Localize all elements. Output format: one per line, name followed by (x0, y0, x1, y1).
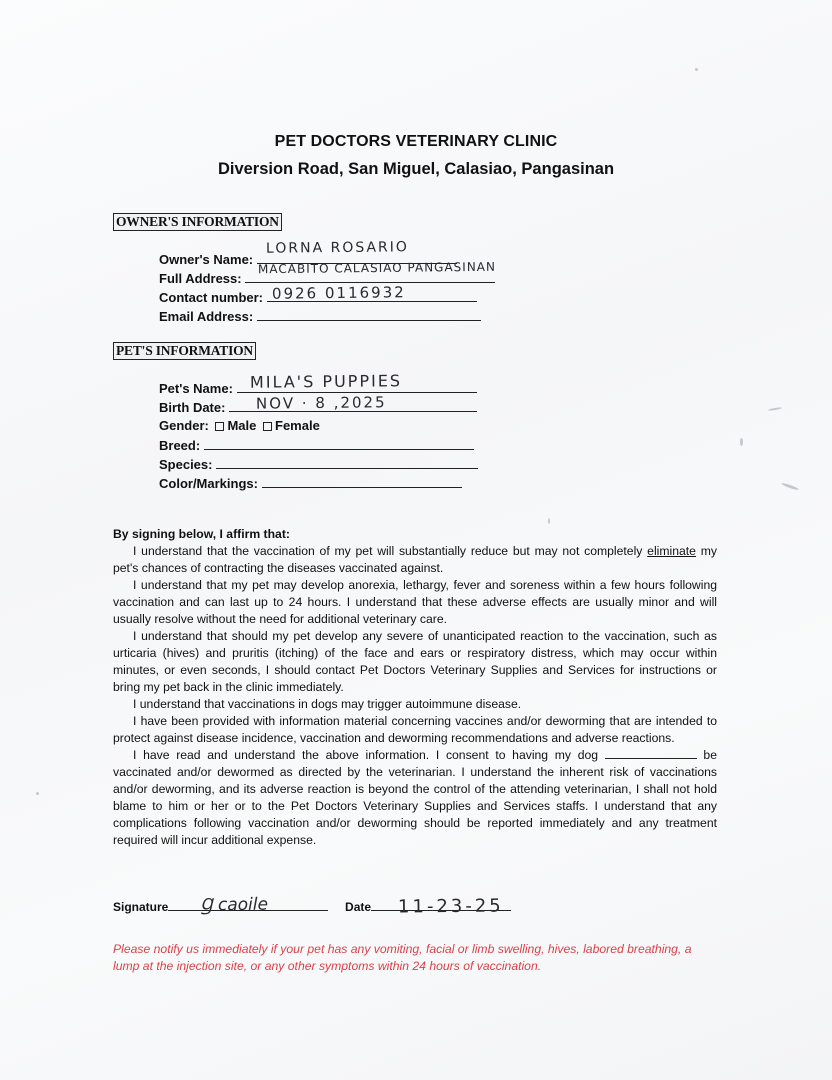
affirmation-paragraph-4: I understand that vaccinations in dogs m… (113, 696, 717, 713)
gender-female-label: Female (275, 418, 320, 433)
owner-email-label: Email Address: (159, 309, 253, 324)
p6-text-end: be vaccinated and/or dewormed as directe… (113, 748, 717, 847)
affirmation-paragraph-6: I have read and understand the above inf… (113, 747, 717, 849)
pet-color-field: Color/Markings: (159, 475, 462, 492)
scan-speck (36, 792, 39, 795)
owner-contact-value: 0926 0116932 (272, 283, 406, 302)
pet-species-field: Species: (159, 456, 478, 473)
owner-email-field: Email Address: (159, 308, 481, 325)
affirmation-lead: By signing below, I affirm that: (113, 526, 717, 543)
pet-gender-field: Gender: Male Female (159, 418, 320, 434)
owner-address-label: Full Address: (159, 271, 242, 286)
post-vaccination-notice: Please notify us immediately if your pet… (113, 941, 713, 975)
pet-gender-label: Gender: (159, 418, 209, 433)
scan-speck (768, 407, 782, 411)
owner-email-input[interactable] (257, 308, 481, 321)
pet-name-label: Pet's Name: (159, 381, 233, 396)
pet-color-label: Color/Markings: (159, 476, 258, 491)
pet-section-heading: PET'S INFORMATION (113, 342, 256, 360)
scan-speck (548, 518, 550, 524)
owner-contact-label: Contact number: (159, 290, 263, 305)
p1-text: I understand that the vaccination of my … (133, 544, 647, 558)
dog-name-blank[interactable] (605, 748, 697, 759)
gender-male-label: Male (227, 418, 256, 433)
pet-color-input[interactable] (262, 475, 462, 488)
owner-address-value: MACABITO CALASIAO PANGASINAN (258, 260, 496, 276)
owner-name-label: Owner's Name: (159, 252, 253, 267)
pet-name-value: MILA'S PUPPIES (250, 371, 402, 392)
p1-underlined-word: eliminate (647, 544, 696, 558)
date-value: 11-23-25 (398, 895, 504, 917)
scanned-form-page: PET DOCTORS VETERINARY CLINIC Diversion … (0, 0, 832, 1080)
owner-section-heading: OWNER'S INFORMATION (113, 213, 282, 231)
affirmation-paragraph-2: I understand that my pet may develop ano… (113, 577, 717, 628)
affirmation-paragraph-5: I have been provided with information ma… (113, 713, 717, 747)
signature-value: Ɡ caoile (200, 892, 268, 916)
signature-label: Signature (113, 900, 168, 914)
pet-breed-input[interactable] (204, 437, 474, 450)
pet-species-input[interactable] (216, 456, 478, 469)
pet-breed-field: Breed: (159, 437, 474, 454)
clinic-title: PET DOCTORS VETERINARY CLINIC (0, 133, 832, 151)
pet-birth-label: Birth Date: (159, 400, 225, 415)
pet-birth-value: NOV · 8 ,2025 (256, 393, 387, 412)
date-label: Date (345, 900, 371, 914)
scan-speck (740, 438, 743, 446)
affirmation-paragraph-3: I understand that should my pet develop … (113, 628, 717, 696)
pet-breed-label: Breed: (159, 438, 200, 453)
clinic-address: Diversion Road, San Miguel, Calasiao, Pa… (0, 160, 832, 179)
owner-name-value: LORNA ROSARIO (266, 239, 409, 256)
p6-text: I have read and understand the above inf… (133, 748, 605, 762)
gender-female-checkbox[interactable] (263, 422, 272, 431)
scan-speck (695, 68, 698, 71)
affirmation-paragraph-1: I understand that the vaccination of my … (113, 543, 717, 577)
affirmation-text: By signing below, I affirm that: I under… (113, 526, 717, 849)
gender-male-checkbox[interactable] (215, 422, 224, 431)
pet-species-label: Species: (159, 457, 212, 472)
scan-speck (781, 482, 799, 491)
